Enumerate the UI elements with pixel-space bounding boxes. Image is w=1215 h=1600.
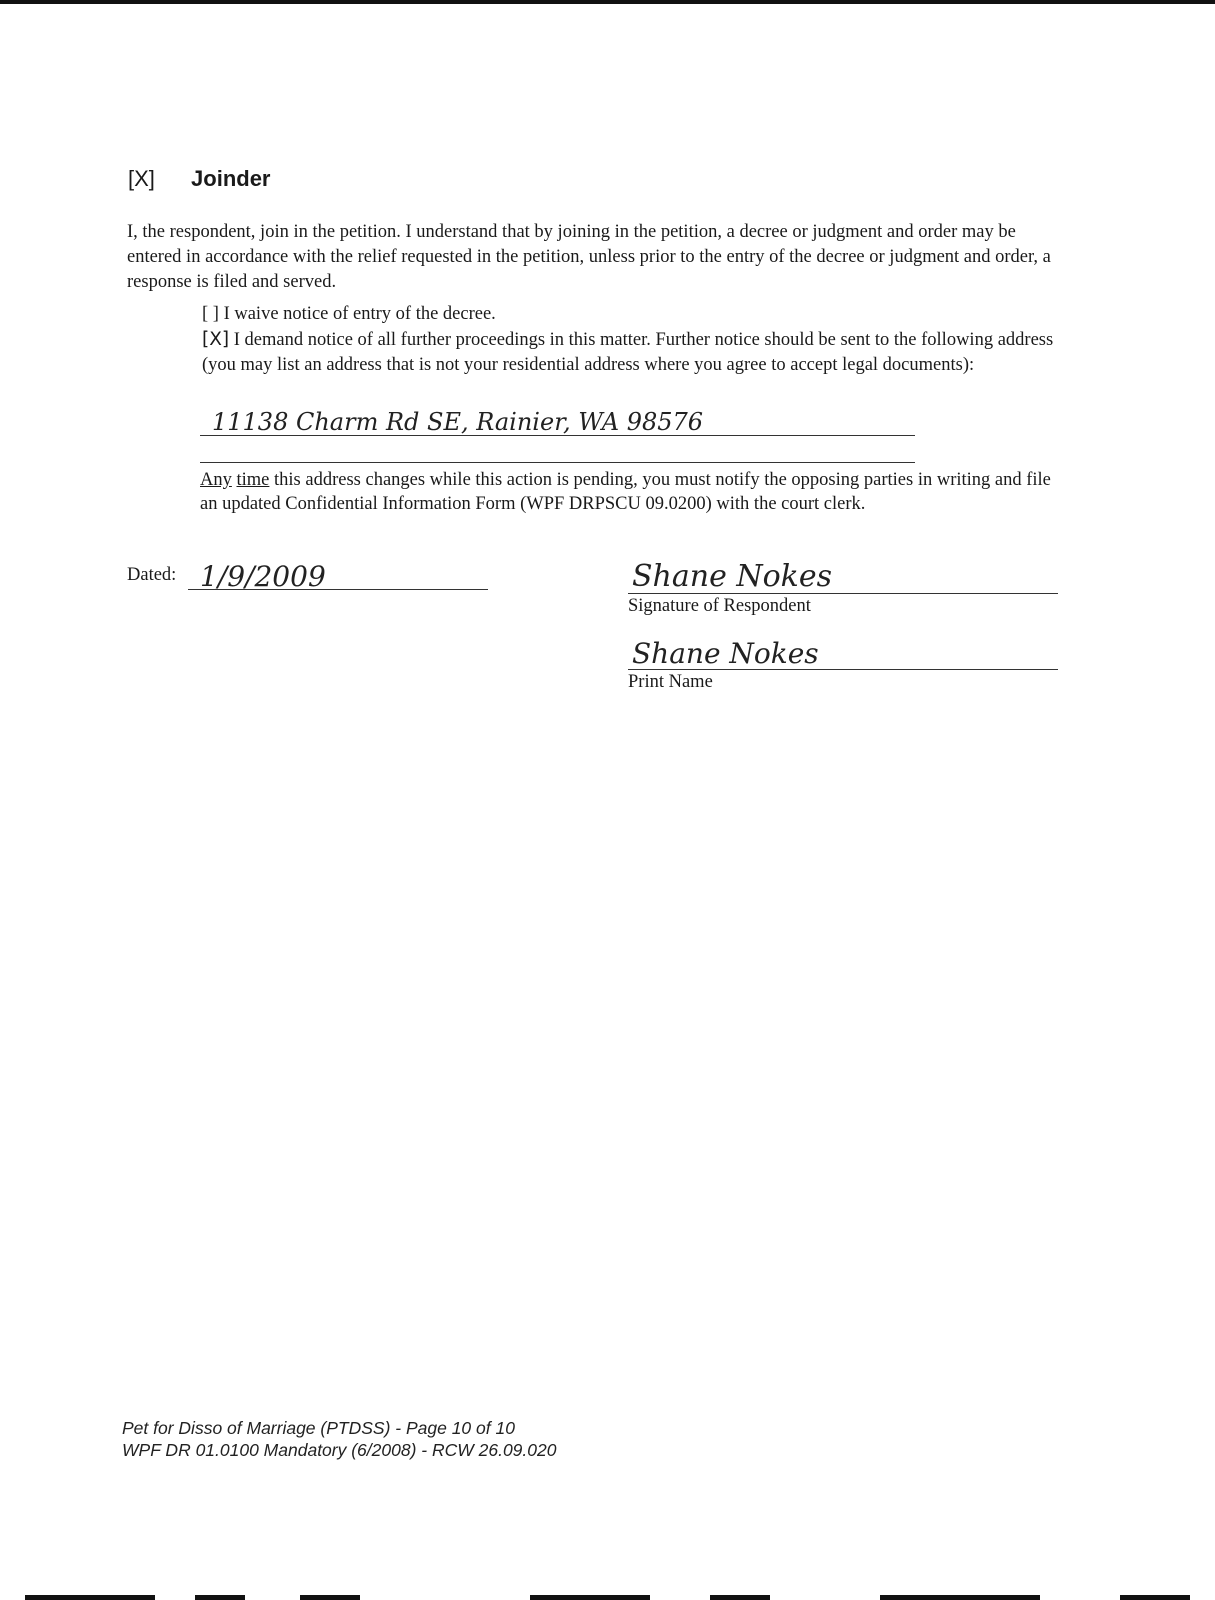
footer-line-1: Pet for Disso of Marriage (PTDSS) - Page… — [122, 1417, 556, 1439]
joinder-checkbox: [X] — [128, 166, 155, 191]
footer-line-2: WPF DR 01.0100 Mandatory (6/2008) - RCW … — [122, 1439, 556, 1461]
print-name-label: Print Name — [628, 672, 713, 693]
option-text: I waive notice of entry of the decree. — [224, 304, 496, 324]
print-name-value: Shane Nokes — [628, 638, 1058, 670]
dated-label: Dated: — [127, 565, 176, 586]
option-text: I demand notice of all further proceedin… — [202, 330, 1053, 375]
section-heading: [X] Joinder — [128, 166, 271, 192]
section-title: Joinder — [191, 166, 270, 191]
address-change-notice: Any time this address changes while this… — [200, 468, 1060, 516]
respondent-signature: Shane Nokes — [628, 560, 1058, 594]
address-field: 11138 Charm Rd SE, Rainier, WA 98576 — [200, 408, 915, 436]
signature-label: Signature of Respondent — [628, 596, 811, 617]
scan-bottom-edge — [0, 1595, 1215, 1600]
scan-top-edge — [0, 0, 1215, 4]
option-checkbox-checked: [X] — [202, 329, 229, 350]
page-footer: Pet for Disso of Marriage (PTDSS) - Page… — [122, 1417, 556, 1461]
dated-value: 1/9/2009 — [188, 564, 488, 590]
option-checkbox: [ ] — [202, 304, 219, 324]
notice-underline-any: Any — [200, 470, 232, 490]
option-demand-notice: [X] I demand notice of all further proce… — [202, 327, 1062, 378]
option-waive-notice: [ ] I waive notice of entry of the decre… — [202, 302, 1062, 327]
notice-underline-time: time — [237, 470, 270, 490]
joinder-paragraph: I, the respondent, join in the petition.… — [127, 220, 1062, 295]
address-second-line — [200, 462, 915, 463]
notice-text: this address changes while this action i… — [200, 470, 1051, 514]
